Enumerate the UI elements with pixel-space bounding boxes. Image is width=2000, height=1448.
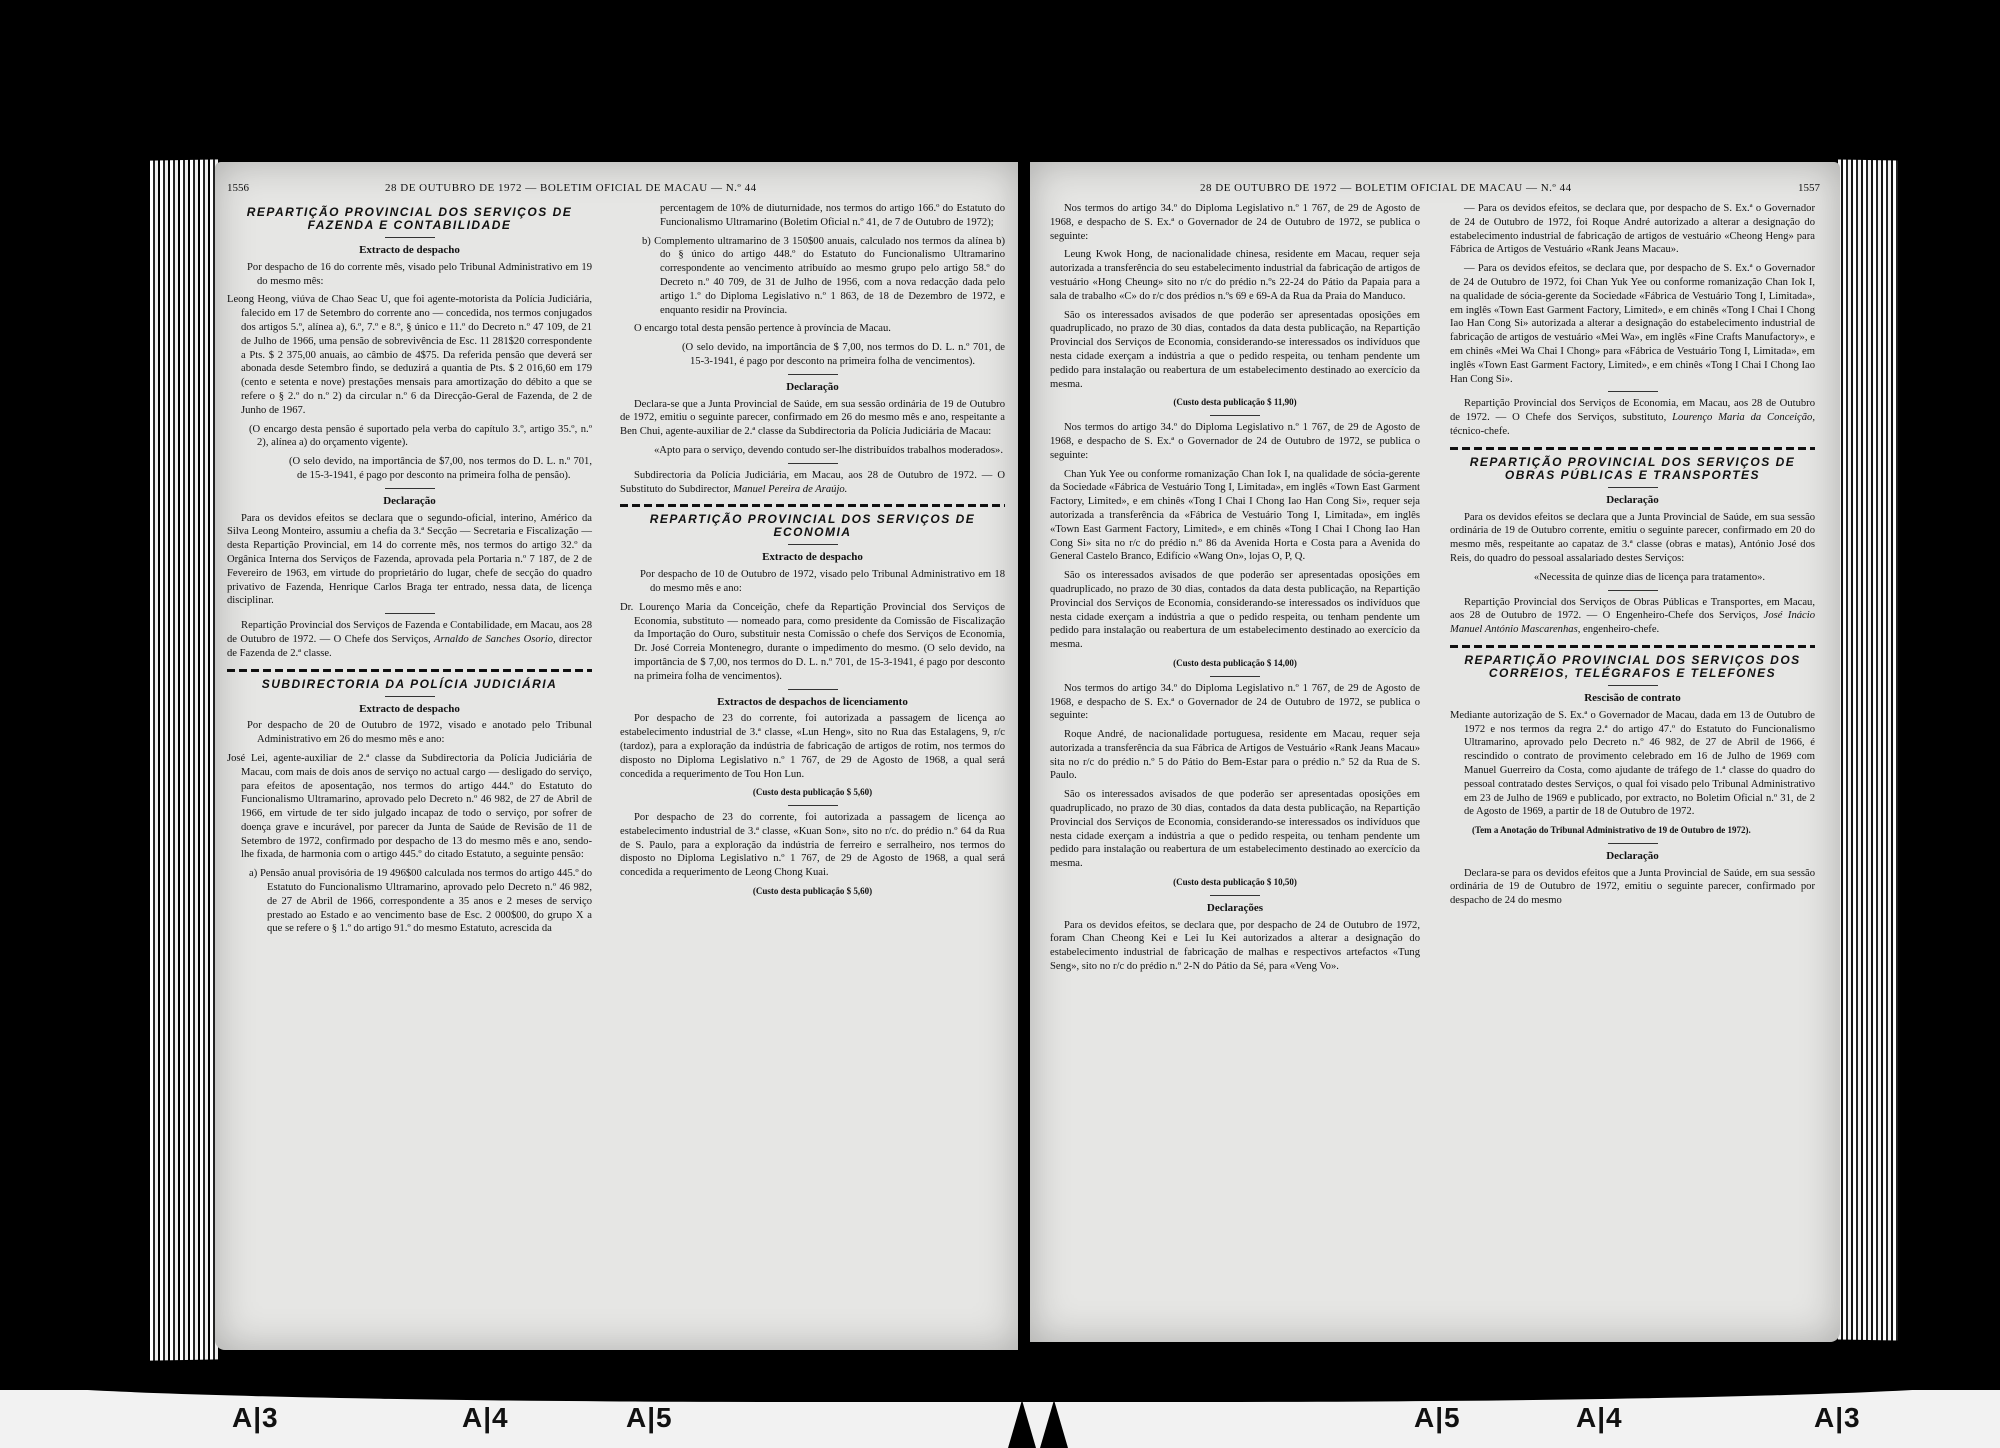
- frame-mark: A|5: [626, 1402, 673, 1434]
- list-item: b) Complemento ultramarino de 3 150$00 a…: [620, 235, 1005, 318]
- closing: Repartição Provincial dos Serviços de Ob…: [1450, 596, 1815, 637]
- frame-mark: A|3: [1814, 1402, 1861, 1434]
- note: (O selo devido, na importância de $7,00,…: [227, 455, 592, 483]
- divider: [1608, 685, 1658, 686]
- divider: [788, 544, 838, 545]
- signature: Arnaldo de Sanches Osorio,: [434, 634, 556, 645]
- right-column-2: — Para os devidos efeitos, se declara qu…: [1450, 202, 1815, 913]
- frame-mark: A|3: [232, 1402, 279, 1434]
- film-strip: [0, 1390, 2000, 1448]
- subsection-title: Extractos de despachos de licenciamento: [620, 696, 1005, 710]
- paragraph: Leong Heong, viúva de Chao Seac U, que f…: [227, 293, 592, 417]
- list-item: percentagem de 10% de diuturnidade, nos …: [620, 202, 1005, 230]
- left-column-1: REPARTIÇÃO PROVINCIAL DOS SERVIÇOS DE FA…: [227, 202, 592, 941]
- divider: [788, 805, 838, 806]
- paragraph: Por despacho de 20 de Outubro de 1972, v…: [227, 719, 592, 747]
- signature: Lourenço Maria da Conceição,: [1672, 412, 1815, 423]
- closing: Repartição Provincial dos Serviços de Fa…: [227, 619, 592, 660]
- section-separator: [1450, 447, 1815, 450]
- publication-cost: (Custo desta publicação $ 10,50): [1050, 876, 1420, 890]
- subsection-title: Declaração: [1450, 494, 1815, 508]
- paragraph: Dr. Lourenço Maria da Conceição, chefe d…: [620, 601, 1005, 684]
- quote: «Necessita de quinze dias de licença par…: [1450, 571, 1815, 585]
- left-page: 1556 28 DE OUTUBRO DE 1972 — BOLETIM OFI…: [215, 162, 1020, 1350]
- publication-cost: (Custo desta publicação $ 11,90): [1050, 396, 1420, 410]
- publication-cost: (Custo desta publicação $ 14,00): [1050, 657, 1420, 671]
- subsection-title: Extracto de despacho: [620, 551, 1005, 565]
- left-column-2: percentagem de 10% de diuturnidade, nos …: [620, 202, 1005, 903]
- subsection-title: Declaração: [1450, 850, 1815, 864]
- paragraph: Para os devidos efeitos se declara que o…: [227, 512, 592, 609]
- paragraph: Declara-se que a Junta Provincial de Saú…: [620, 398, 1005, 439]
- section-separator: [1450, 645, 1815, 648]
- divider: [1210, 676, 1260, 677]
- publication-cost: (Custo desta publicação $ 5,60): [620, 885, 1005, 899]
- paragraph: — Para os devidos efeitos, se declara qu…: [1450, 262, 1815, 386]
- paragraph: — Para os devidos efeitos, se declara qu…: [1450, 202, 1815, 257]
- divider: [788, 689, 838, 690]
- section-title: REPARTIÇÃO PROVINCIAL DOS SERVIÇOS DOS C…: [1450, 654, 1815, 680]
- paragraph: Para os devidos efeitos se declara que a…: [1450, 511, 1815, 566]
- section-title: REPARTIÇÃO PROVINCIAL DOS SERVIÇOS DE FA…: [227, 206, 592, 232]
- paragraph: Para os devidos efeitos, se declara que,…: [1050, 919, 1420, 974]
- frame-mark: A|4: [1576, 1402, 1623, 1434]
- note: (Tem a Anotação do Tribunal Administrati…: [1450, 824, 1815, 838]
- closing: Repartição Provincial dos Serviços de Ec…: [1450, 397, 1815, 438]
- paragraph: Declara-se para os devidos efeitos que a…: [1450, 867, 1815, 908]
- divider: [1608, 487, 1658, 488]
- paragraph: Nos termos do artigo 34.º do Diploma Leg…: [1050, 682, 1420, 723]
- signature: Manuel Pereira de Araújo.: [733, 484, 847, 495]
- divider: [385, 488, 435, 489]
- divider: [1210, 415, 1260, 416]
- right-column-1: Nos termos do artigo 34.º do Diploma Leg…: [1050, 202, 1420, 979]
- paragraph: O encargo total desta pensão pertence à …: [620, 322, 1005, 336]
- note: (O selo devido, na importância de $ 7,00…: [620, 341, 1005, 369]
- subsection-title: Extracto de despacho: [227, 244, 592, 258]
- paragraph: Chan Yuk Yee ou conforme romanização Cha…: [1050, 468, 1420, 565]
- frame-mark: A|4: [462, 1402, 509, 1434]
- film-notch-right: [1040, 1400, 1068, 1448]
- subsection-title: Rescisão de contrato: [1450, 692, 1815, 706]
- subsection-title: Extracto de despacho: [227, 703, 592, 717]
- book-edge-left: [150, 159, 220, 1360]
- paragraph: Mediante autorização de S. Ex.ª o Govern…: [1450, 709, 1815, 819]
- divider: [385, 237, 435, 238]
- divider: [385, 613, 435, 614]
- running-head: 28 DE OUTUBRO DE 1972 — BOLETIM OFICIAL …: [1200, 182, 1572, 194]
- section-separator: [620, 504, 1005, 507]
- paragraph: Por despacho de 16 do corrente mês, visa…: [227, 261, 592, 289]
- divider: [385, 696, 435, 697]
- subsection-title: Declaração: [227, 495, 592, 509]
- paragraph: São os interessados avisados de que pode…: [1050, 569, 1420, 652]
- paragraph: Por despacho de 10 de Outubro de 1972, v…: [620, 568, 1005, 596]
- section-title: REPARTIÇÃO PROVINCIAL DOS SERVIÇOS DE OB…: [1450, 456, 1815, 482]
- paragraph: Nos termos do artigo 34.º do Diploma Leg…: [1050, 421, 1420, 462]
- film-notch-left: [1008, 1400, 1036, 1448]
- running-head: 28 DE OUTUBRO DE 1972 — BOLETIM OFICIAL …: [385, 182, 757, 194]
- right-page: 28 DE OUTUBRO DE 1972 — BOLETIM OFICIAL …: [1030, 162, 1840, 1342]
- paragraph: Por despacho de 23 do corrente, foi auto…: [620, 712, 1005, 781]
- frame-mark: A|5: [1414, 1402, 1461, 1434]
- paragraph: José Lei, agente-auxiliar de 2.ª classe …: [227, 752, 592, 862]
- paragraph: São os interessados avisados de que pode…: [1050, 788, 1420, 871]
- divider: [1210, 895, 1260, 896]
- page-number: 1557: [1798, 182, 1820, 194]
- list-item: a) Pensão anual provisória de 19 496$00 …: [227, 867, 592, 936]
- section-title: SUBDIRECTORIA DA POLÍCIA JUDICIÁRIA: [227, 678, 592, 691]
- note: (O encargo desta pensão é suportado pela…: [227, 423, 592, 451]
- paragraph: Por despacho de 23 do corrente, foi auto…: [620, 811, 1005, 880]
- paragraph: Roque André, de nacionalidade portuguesa…: [1050, 728, 1420, 783]
- divider: [1608, 590, 1658, 591]
- page-number: 1556: [227, 182, 249, 194]
- closing: Subdirectoria da Polícia Judiciária, em …: [620, 469, 1005, 497]
- paragraph: São os interessados avisados de que pode…: [1050, 309, 1420, 392]
- paragraph: Nos termos do artigo 34.º do Diploma Leg…: [1050, 202, 1420, 243]
- paragraph: Leung Kwok Hong, de nacionalidade chines…: [1050, 248, 1420, 303]
- section-title: REPARTIÇÃO PROVINCIAL DOS SERVIÇOS DE EC…: [620, 513, 1005, 539]
- book-edge-right: [1838, 159, 1898, 1340]
- divider: [788, 463, 838, 464]
- divider: [1608, 843, 1658, 844]
- divider: [788, 374, 838, 375]
- section-separator: [227, 669, 592, 672]
- quote: «Apto para o serviço, devendo contudo se…: [620, 444, 1005, 458]
- divider: [1608, 391, 1658, 392]
- subsection-title: Declaração: [620, 381, 1005, 395]
- subsection-title: Declarações: [1050, 902, 1420, 916]
- publication-cost: (Custo desta publicação $ 5,60): [620, 786, 1005, 800]
